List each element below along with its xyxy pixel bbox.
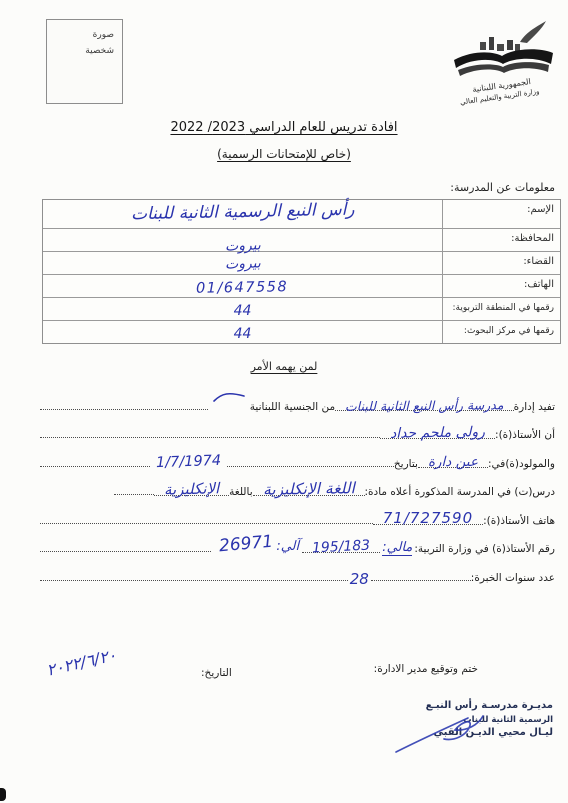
dotted-line xyxy=(40,408,208,410)
handwritten-experience-years: 28 xyxy=(350,570,369,588)
open-book-logo-icon: الجمهورية اللبنانية وزارة التربية والتعل… xyxy=(440,18,566,118)
handwritten-language: الإنكليزية xyxy=(164,479,220,498)
row-value: بيروت xyxy=(43,229,442,251)
handwritten-financial-number: 195/183 xyxy=(312,537,371,556)
line2-fill: رولى ملحم حداد xyxy=(380,422,495,439)
letter-line-ministry-numbers: رقم الأستاذ(ة) في وزارة التربية: مالي: 1… xyxy=(40,529,555,558)
letter-heading: لمن يهمه الأمر xyxy=(0,360,568,373)
personal-photo-box: صورة شخصية xyxy=(46,19,123,104)
row-value: 44 xyxy=(43,321,442,343)
letter-line-school: تفيد إدارة مدرسة رأس النبع الثانية للبنا… xyxy=(40,386,555,415)
line5-prefix: هاتف الأستاذ(ة): xyxy=(483,515,555,529)
row-value: بيروت xyxy=(43,252,442,274)
dotted-line xyxy=(227,465,394,467)
document-title-text: افادة تدريس للعام الدراسي 2023/ 2022 xyxy=(170,120,397,135)
scan-artifact xyxy=(0,788,6,801)
document-title: افادة تدريس للعام الدراسي 2023/ 2022 xyxy=(0,120,568,135)
row-label: الإسم: xyxy=(442,200,560,228)
row-label: القضاء: xyxy=(442,252,560,274)
principal-signature xyxy=(388,700,503,758)
table-row-research-center-number: رقمها في مركز البحوث: 44 xyxy=(43,320,560,343)
handwritten-school-name-letter: مدرسة رأس النبع الثانية للبنات xyxy=(345,397,504,413)
dotted-line xyxy=(114,493,154,495)
photo-box-label-line1: صورة xyxy=(55,27,114,43)
row-value: 44 xyxy=(43,298,442,320)
line1-fill: مدرسة رأس النبع الثانية للبنات xyxy=(335,395,514,411)
dotted-line xyxy=(40,522,373,524)
row-value: 01/647558 xyxy=(43,275,442,297)
row-label: الهاتف: xyxy=(442,275,560,297)
handwritten-zone-number: 44 xyxy=(234,303,252,319)
director-stamp-signature-label: ختم وتوقيع مدير الادارة: xyxy=(374,663,478,675)
handwritten-district: بيروت xyxy=(224,255,260,272)
letter-heading-text: لمن يهمه الأمر xyxy=(251,360,318,373)
line6-prefix: رقم الأستاذ(ة) في وزارة التربية: xyxy=(414,543,555,557)
letter-line-teacher-phone: هاتف الأستاذ(ة): 71/727590 xyxy=(40,500,555,529)
line7-prefix: عدد سنوات الخبرة: xyxy=(471,572,555,586)
handwritten-auto-number: 26971 xyxy=(218,532,274,557)
table-row-phone: الهاتف: 01/647558 xyxy=(43,274,560,297)
line4-prefix: درس(ت) في المدرسة المذكورة أعلاه مادة: xyxy=(365,486,555,500)
handwritten-subject: اللغة الإنكليزية xyxy=(262,479,354,499)
logo-text-ministry: وزارة التربية والتعليم العالي xyxy=(460,87,540,106)
document-subtitle: (خاص للإمتحانات الرسمية) xyxy=(0,147,568,161)
line4-subject-fill: اللغة الإنكليزية xyxy=(253,477,365,496)
table-row-name: الإسم: رأس النبع الرسمية الثانية للبنات xyxy=(43,200,560,228)
row-label: رقمها في مركز البحوث: xyxy=(442,321,560,343)
dotted-line xyxy=(371,579,471,581)
handwritten-teacher-phone: 71/727590 xyxy=(383,509,473,527)
school-info-table: الإسم: رأس النبع الرسمية الثانية للبنات … xyxy=(42,199,561,344)
handwritten-school-phone: 01/647558 xyxy=(196,279,288,297)
ministry-logo: الجمهورية اللبنانية وزارة التربية والتعل… xyxy=(440,18,566,118)
line1-suffix: من الجنسية اللبنانية xyxy=(250,401,335,415)
letter-line-birth: والمولود(ة)في: عين دارة بتاريخ 1/7/1974 xyxy=(40,443,555,472)
handwritten-birthplace: عين دارة xyxy=(428,454,478,470)
row-label: رقمها في المنطقة التربوية: xyxy=(442,298,560,320)
line5-fill: 71/727590 xyxy=(373,506,483,525)
handwritten-research-number: 44 xyxy=(234,326,252,342)
line3-place-fill: عين دارة xyxy=(418,451,488,468)
line2-prefix: أن الأستاذ(ة): xyxy=(495,429,555,443)
line3-middle: بتاريخ xyxy=(394,458,418,472)
date-label: التاريخ: xyxy=(201,667,232,679)
dotted-line xyxy=(40,465,150,467)
dotted-line xyxy=(40,579,348,581)
handwritten-birthdate: 1/7/1974 xyxy=(156,452,222,470)
document-subtitle-text: (خاص للإمتحانات الرسمية) xyxy=(217,147,351,161)
handwritten-auto-label: آلي: xyxy=(276,539,299,554)
line1-prefix: تفيد إدارة xyxy=(514,401,555,415)
scanned-teaching-certificate: صورة شخصية الجمهورية اللبنانية وزارة الت… xyxy=(0,0,568,803)
table-row-district: القضاء: بيروت xyxy=(43,251,560,274)
school-info-heading: معلومات عن المدرسة: xyxy=(450,181,555,194)
photo-box-label-line2: شخصية xyxy=(55,43,114,59)
table-row-governorate: المحافظة: بيروت xyxy=(43,228,560,251)
line4-middle: باللغة xyxy=(229,486,253,500)
letter-body: تفيد إدارة مدرسة رأس النبع الثانية للبنا… xyxy=(40,386,555,586)
row-value: رأس النبع الرسمية الثانية للبنات xyxy=(43,200,442,228)
handwritten-school-name: رأس النبع الرسمية الثانية للبنات xyxy=(131,200,355,225)
line4-language-fill: الإنكليزية xyxy=(154,477,229,496)
letter-line-subject: درس(ت) في المدرسة المذكورة أعلاه مادة: ا… xyxy=(40,472,555,501)
handwritten-date: ٢٠٢٢/٦/٢٠ xyxy=(45,645,118,679)
letter-line-teacher-name: أن الأستاذ(ة): رولى ملحم حداد xyxy=(40,415,555,444)
dotted-line xyxy=(40,436,380,438)
letter-line-experience: عدد سنوات الخبرة: 28 xyxy=(40,557,555,586)
line3-prefix: والمولود(ة)في: xyxy=(488,458,555,472)
handwritten-teacher-name: رولى ملحم حداد xyxy=(390,424,485,442)
row-label: المحافظة: xyxy=(442,229,560,251)
table-row-educational-zone-number: رقمها في المنطقة التربوية: 44 xyxy=(43,297,560,320)
dotted-line xyxy=(40,550,211,552)
pen-check-stroke-icon xyxy=(212,390,246,404)
line6-financial-fill: 195/183 xyxy=(302,536,380,553)
handwritten-financial-label: مالي: xyxy=(382,540,412,556)
